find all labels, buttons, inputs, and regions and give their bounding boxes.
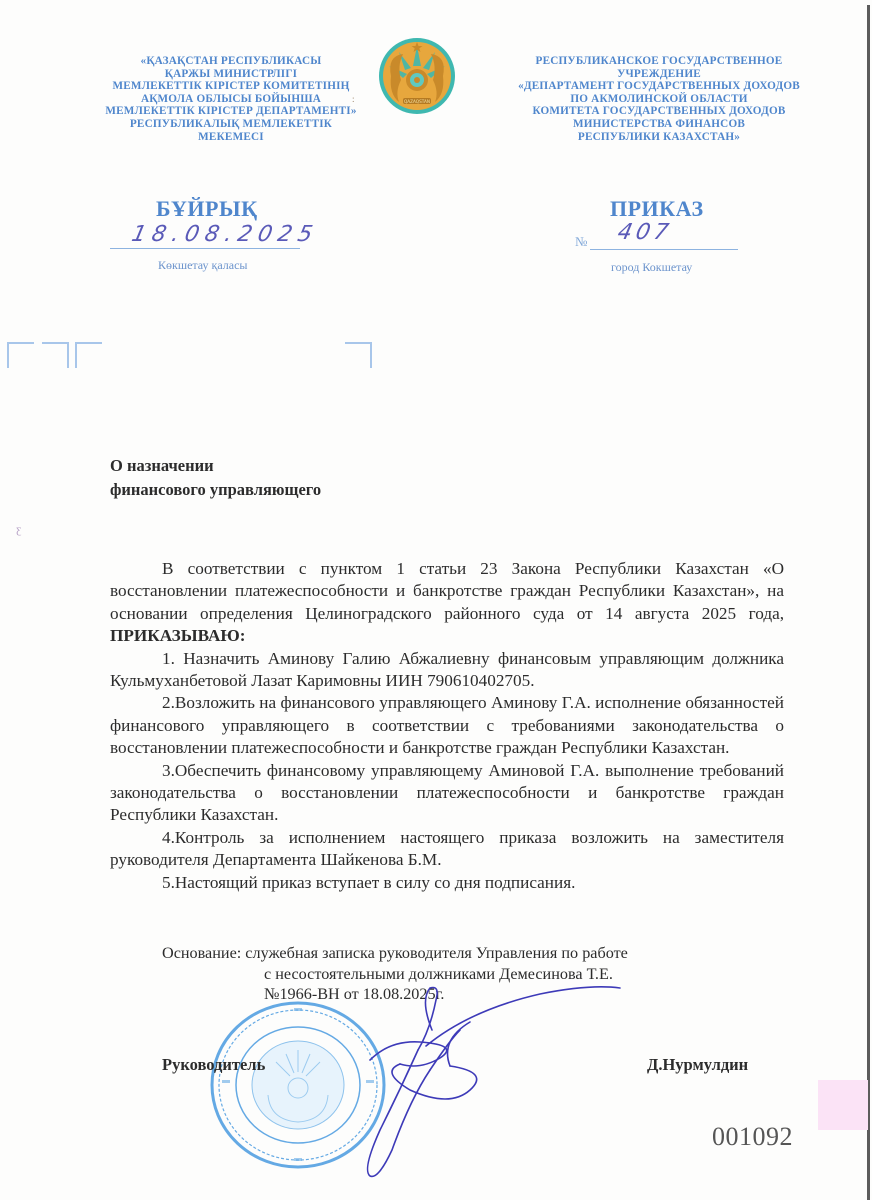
date-underline — [110, 248, 300, 249]
header-kz-line: РЕСПУБЛИКАЛЫҚ МЕМЛЕКЕТТІК — [96, 118, 366, 131]
city-kz: Көкшетау қаласы — [158, 258, 247, 273]
order-item: 4.Контроль за исполнением настоящего при… — [110, 827, 784, 872]
order-item: 5.Настоящий приказ вступает в силу со дн… — [110, 872, 784, 894]
corner-mark — [75, 342, 102, 368]
corner-mark — [42, 342, 69, 368]
header-ru-line: КОМИТЕТА ГОСУДАРСТВЕННЫХ ДОХОДОВ — [494, 105, 824, 118]
signatory-name: Д.Нурмулдин — [647, 1055, 748, 1075]
scan-speck: : — [352, 94, 355, 104]
emblem-caption: QAZAQSTAN — [404, 99, 430, 104]
header-kz-line: «ҚАЗАҚСТАН РЕСПУБЛИКАСЫ — [96, 55, 366, 68]
document-body: В соответствии с пунктом 1 статьи 23 Зак… — [110, 558, 784, 894]
header-ru-line: ПО АКМОЛИНСКОЙ ОБЛАСТИ — [494, 93, 824, 106]
order-word: ПРИКАЗЫВАЮ: — [110, 626, 246, 645]
basis-line: Основание: служебная записка руководител… — [162, 943, 628, 964]
corner-mark — [7, 342, 34, 368]
title-line: О назначении — [110, 454, 321, 478]
header-ru: РЕСПУБЛИКАНСКОЕ ГОСУДАРСТВЕННОЕ УЧРЕЖДЕН… — [494, 55, 824, 143]
header-kz-line: МЕМЛЕКЕТТІК КІРІСТЕР КОМИТЕТІНІҢ — [96, 80, 366, 93]
header-kz-line: МЕМЛЕКЕТТІК КІРІСТЕР ДЕПАРТАМЕНТІ» — [96, 105, 366, 118]
document-title: О назначении финансового управляющего — [110, 454, 321, 502]
preamble-text: В соответствии с пунктом 1 статьи 23 Зак… — [110, 559, 784, 623]
order-type-ru: ПРИКАЗ — [610, 196, 704, 222]
corner-mark — [345, 342, 372, 368]
title-line: финансового управляющего — [110, 478, 321, 502]
city-ru: город Кокшетау — [611, 260, 692, 275]
number-underline — [590, 249, 738, 250]
order-date-handwritten: 18.08.2025 — [129, 222, 320, 247]
pink-tab-mark — [818, 1080, 868, 1130]
serial-number: 001092 — [712, 1122, 793, 1152]
header-kz: «ҚАЗАҚСТАН РЕСПУБЛИКАСЫ ҚАРЖЫ МИНИСТРЛІГ… — [96, 55, 366, 143]
order-number-handwritten: 407 — [615, 220, 674, 245]
order-item: 1. Назначить Аминову Галию Абжалиевну фи… — [110, 648, 784, 693]
scan-speck: ƹ — [16, 522, 21, 537]
header-kz-line: МЕКЕМЕСІ — [96, 131, 366, 144]
kazakhstan-state-emblem-icon: QAZAQSTAN — [377, 36, 457, 116]
signatory-role: Руководитель — [162, 1055, 265, 1075]
number-sign: № — [575, 234, 587, 250]
order-item: 2.Возложить на финансового управляющего … — [110, 692, 784, 759]
header-kz-line: ҚАРЖЫ МИНИСТРЛІГІ — [96, 68, 366, 81]
header-ru-line: РЕСПУБЛИКИ КАЗАХСТАН» — [494, 131, 824, 144]
order-type-kz: БҰЙРЫҚ — [156, 196, 258, 222]
header-ru-line: «ДЕПАРТАМЕНТ ГОСУДАРСТВЕННЫХ ДОХОДОВ — [494, 80, 824, 93]
preamble-paragraph: В соответствии с пунктом 1 статьи 23 Зак… — [110, 558, 784, 648]
header-ru-line: МИНИСТЕРСТВА ФИНАНСОВ — [494, 118, 824, 131]
header-ru-line: РЕСПУБЛИКАНСКОЕ ГОСУДАРСТВЕННОЕ — [494, 55, 824, 68]
header-ru-line: УЧРЕЖДЕНИЕ — [494, 68, 824, 81]
header-kz-line: АҚМОЛА ОБЛЫСЫ БОЙЫНША — [96, 93, 366, 106]
scan-edge-line — [867, 5, 870, 1200]
order-item: 3.Обеспечить финансовому управляющему Ам… — [110, 760, 784, 827]
handwritten-signature-icon — [300, 980, 630, 1185]
